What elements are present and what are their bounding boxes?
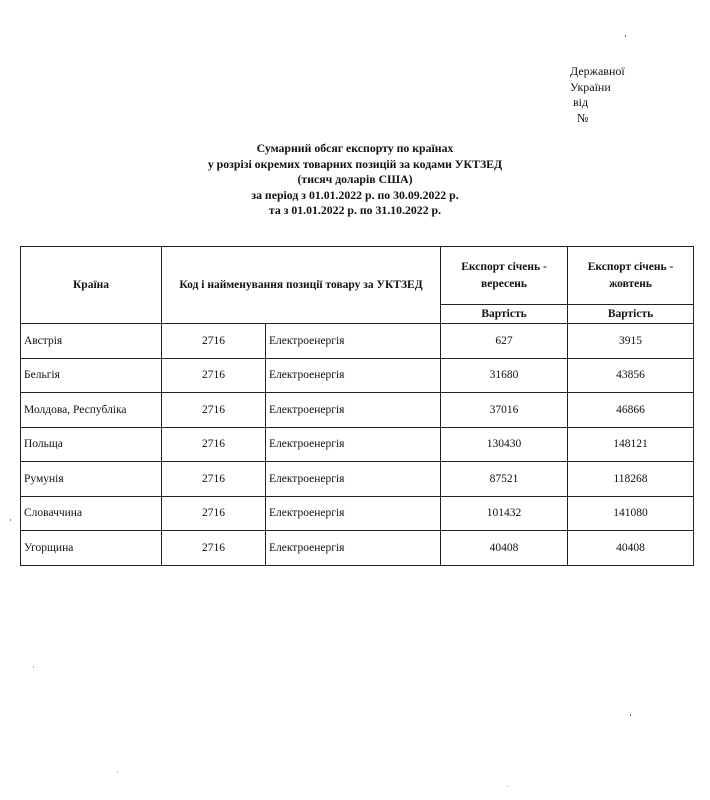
scan-speck <box>630 714 631 716</box>
product-name-cell: Електроенергія <box>266 427 441 462</box>
code-cell: 2716 <box>162 531 266 566</box>
header-code-name: Код і найменування позиції товару за УКТ… <box>162 247 441 324</box>
export-jan-sep-cell: 87521 <box>441 462 568 497</box>
export-jan-oct-cell: 148121 <box>568 427 694 462</box>
addressee-line: України <box>570 80 625 96</box>
scan-speck <box>10 519 11 521</box>
country-cell: Румунія <box>21 462 162 497</box>
addressee-block: Державної України від № <box>570 64 625 126</box>
export-jan-oct-cell: 40408 <box>568 531 694 566</box>
product-name-cell: Електроенергія <box>266 358 441 393</box>
header-country: Країна <box>21 247 162 324</box>
header-value-jan-sep: Вартість <box>441 305 568 324</box>
table-row: Молдова, Республіка2716Електроенергія370… <box>21 393 694 428</box>
country-cell: Австрія <box>21 324 162 359</box>
country-cell: Молдова, Республіка <box>21 393 162 428</box>
export-jan-oct-cell: 3915 <box>568 324 694 359</box>
title-line: Сумарний обсяг експорту по країнах <box>0 141 710 157</box>
product-name-cell: Електроенергія <box>266 462 441 497</box>
header-value-jan-oct: Вартість <box>568 305 694 324</box>
code-cell: 2716 <box>162 358 266 393</box>
export-jan-oct-cell: 46866 <box>568 393 694 428</box>
export-jan-oct-cell: 43856 <box>568 358 694 393</box>
addressee-date-label: від <box>570 95 625 111</box>
export-jan-sep-cell: 627 <box>441 324 568 359</box>
country-cell: Словаччина <box>21 496 162 531</box>
header-export-jan-oct: Експорт січень - жовтень <box>568 247 694 305</box>
table-row: Словаччина2716Електроенергія101432141080 <box>21 496 694 531</box>
code-cell: 2716 <box>162 496 266 531</box>
table-row: Румунія2716Електроенергія87521118268 <box>21 462 694 497</box>
table-row: Польща2716Електроенергія130430148121 <box>21 427 694 462</box>
table-row: Бельгія2716Електроенергія3168043856 <box>21 358 694 393</box>
title-line: та з 01.01.2022 р. по 31.10.2022 р. <box>0 203 710 219</box>
export-jan-sep-cell: 40408 <box>441 531 568 566</box>
product-name-cell: Електроенергія <box>266 531 441 566</box>
code-cell: 2716 <box>162 393 266 428</box>
export-jan-sep-cell: 101432 <box>441 496 568 531</box>
scan-speck <box>117 771 118 773</box>
export-jan-sep-cell: 31680 <box>441 358 568 393</box>
scan-speck <box>33 666 34 668</box>
document-title: Сумарний обсяг експорту по країнах у роз… <box>0 141 710 219</box>
title-line: у розрізі окремих товарних позицій за ко… <box>0 157 710 173</box>
product-name-cell: Електроенергія <box>266 324 441 359</box>
addressee-number-label: № <box>570 111 625 127</box>
country-cell: Бельгія <box>21 358 162 393</box>
title-line: (тисяч доларів США) <box>0 172 710 188</box>
product-name-cell: Електроенергія <box>266 496 441 531</box>
country-cell: Угорщина <box>21 531 162 566</box>
export-jan-sep-cell: 130430 <box>441 427 568 462</box>
export-jan-sep-cell: 37016 <box>441 393 568 428</box>
export-jan-oct-cell: 141080 <box>568 496 694 531</box>
header-export-jan-sep: Експорт січень - вересень <box>441 247 568 305</box>
country-cell: Польща <box>21 427 162 462</box>
code-cell: 2716 <box>162 462 266 497</box>
table-row: Австрія2716Електроенергія6273915 <box>21 324 694 359</box>
export-jan-oct-cell: 118268 <box>568 462 694 497</box>
code-cell: 2716 <box>162 324 266 359</box>
title-line: за період з 01.01.2022 р. по 30.09.2022 … <box>0 188 710 204</box>
table-row: Угорщина2716Електроенергія4040840408 <box>21 531 694 566</box>
scan-speck <box>625 35 626 37</box>
code-cell: 2716 <box>162 427 266 462</box>
product-name-cell: Електроенергія <box>266 393 441 428</box>
export-table: Країна Код і найменування позиції товару… <box>20 246 694 566</box>
scan-speck <box>507 785 508 787</box>
addressee-line: Державної <box>570 64 625 80</box>
